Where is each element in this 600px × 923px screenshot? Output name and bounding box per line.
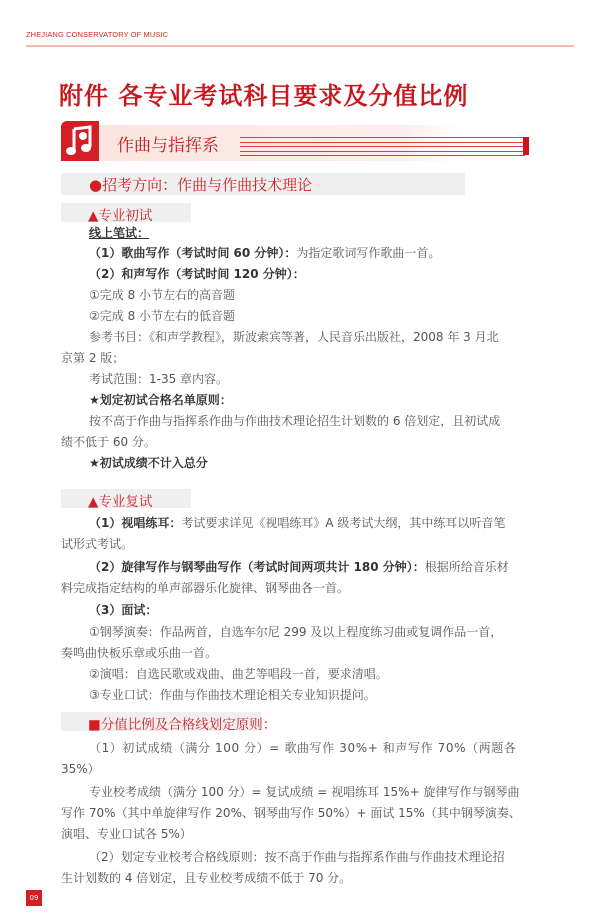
direction-heading: ●招考方向：作曲与作曲技术理论 xyxy=(89,174,312,195)
scoring-p1-line2: 35%） xyxy=(61,761,100,777)
scoring-p2-line2: 写作 70%（其中单旋律写作 20%、钢琴曲写作 50%）+ 面试 15%（其中… xyxy=(61,805,521,821)
scoring-bar: ■分值比例及合格线划定原则： xyxy=(61,712,261,731)
scoring-p2-line1: 专业校考成绩（满分 100 分）= 复试成绩 = 视唱练耳 15%+ 旋律写作与… xyxy=(89,784,519,800)
staff-lines-decoration xyxy=(240,137,525,156)
retest-bar: ▲专业复试 xyxy=(61,489,191,508)
page-title: 附件 各专业考试科目要求及分值比例 xyxy=(59,76,468,111)
retest-item1-text: 考试要求详见《视唱练耳》A 级考试大纲，其中练耳以听音笔 xyxy=(181,516,505,530)
retest-item2-line2: 料完成指定结构的单声部器乐化旋律、钢琴曲各一首。 xyxy=(61,580,349,596)
item2-label: （2）和声写作（考试时间 120 分钟）： xyxy=(89,266,305,282)
retest-item1-line1: （1）视唱练耳：考试要求详见《视唱练耳》A 级考试大纲，其中练耳以听音笔 xyxy=(89,515,505,531)
initial-exam-heading: ▲专业初试 xyxy=(88,204,152,224)
sub1: ①完成 8 小节左右的高音题 xyxy=(89,287,235,303)
page-number: 09 xyxy=(26,890,42,906)
not-counted-note: ★初试成绩不计入总分 xyxy=(89,455,208,471)
retest-item1-line2: 试形式考试。 xyxy=(61,536,133,552)
scope: 考试范围：1-35 章内容。 xyxy=(89,371,228,387)
reference-line1: 参考书目：《和声学教程》，斯波索宾等著，人民音乐出版社，2008 年 3 月北 xyxy=(89,329,499,345)
running-head: ZHEJIANG CONSERVATORY OF MUSIC xyxy=(26,30,168,39)
scoring-p3-line2: 生计划数的 4 倍划定，且专业校考成绩不低于 70 分。 xyxy=(61,870,351,886)
item1-text: 为指定歌词写作歌曲一首。 xyxy=(296,246,440,260)
scoring-p2-line3: 演唱、专业口试各 5%） xyxy=(61,826,192,842)
reference-line2: 京第 2 版； xyxy=(61,350,124,366)
retest-item2-text: 根据所给音乐材 xyxy=(425,560,509,574)
initial-exam-bar: ▲专业初试 xyxy=(61,203,191,222)
retest-item1-label: （1）视唱练耳： xyxy=(89,516,181,530)
retest-item3-label: （3）面试： xyxy=(89,602,157,618)
header-rule xyxy=(26,45,574,47)
direction-bar: ●招考方向：作曲与作曲技术理论 xyxy=(61,173,465,195)
scoring-p3-line1: （2）划定专业校考合格线原则：按不高于作曲与指挥系作曲与作曲技术理论招 xyxy=(89,849,505,865)
scoring-heading: ■分值比例及合格线划定原则： xyxy=(88,713,276,733)
pass-rule-heading: ★划定初试合格名单原则： xyxy=(89,392,232,408)
piano-line1: ①钢琴演奏：作品两首，自选车尔尼 299 及以上程度练习曲或复调作品一首， xyxy=(89,624,502,640)
music-note-icon xyxy=(61,121,99,161)
singing-line: ②演唱：自选民歌或戏曲、曲艺等唱段一首，要求清唱。 xyxy=(89,666,388,682)
online-label: 线上笔试： xyxy=(89,225,149,241)
scoring-p1-line1: （1）初试成绩（满分 100 分）= 歌曲写作 30%+ 和声写作 70%（两题… xyxy=(89,740,516,756)
item1-line: （1）歌曲写作（考试时间 60 分钟）：为指定歌词写作歌曲一首。 xyxy=(89,245,440,261)
pass-rule-line2: 绩不低于 60 分。 xyxy=(61,434,156,450)
item1-label: （1）歌曲写作（考试时间 60 分钟）： xyxy=(89,246,296,260)
pass-rule-line1: 按不高于作曲与指挥系作曲与作曲技术理论招生计划数的 6 倍划定，且初试成 xyxy=(89,413,500,429)
sub2: ②完成 8 小节左右的低音题 xyxy=(89,308,235,324)
retest-item2-line1: （2）旋律写作与钢琴曲写作（考试时间两项共计 180 分钟）：根据所给音乐材 xyxy=(89,559,509,575)
staff-end-bar xyxy=(523,137,529,155)
retest-item2-label: （2）旋律写作与钢琴曲写作（考试时间两项共计 180 分钟）： xyxy=(89,560,425,574)
department-name: 作曲与指挥系 xyxy=(117,131,219,156)
piano-line2: 奏鸣曲快板乐章或乐曲一首。 xyxy=(61,645,217,661)
retest-heading: ▲专业复试 xyxy=(88,490,152,510)
oral-line: ③专业口试：作曲与作曲技术理论相关专业知识提问。 xyxy=(89,687,376,703)
